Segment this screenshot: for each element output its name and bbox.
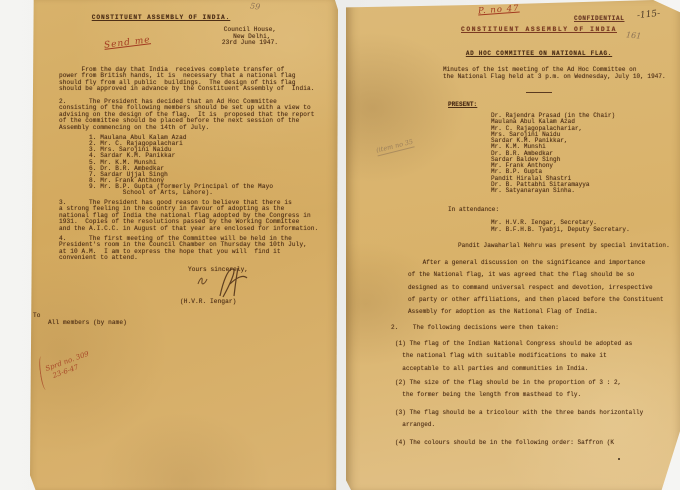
signature-flourish — [190, 266, 254, 300]
attendance-label: In attendance: — [448, 207, 499, 213]
decisions-intro: 2. The following decisions were then tak… — [391, 325, 559, 331]
committee-subtitle: AD HOC COMMITTEE ON NATIONAL FLAG. — [444, 50, 634, 57]
list-item: Mr. Satyanarayan Sinha. — [491, 188, 615, 194]
decision-item-1: (1) The flag of the Indian National Cong… — [395, 338, 632, 375]
minutes-page: P. no 47 CONFIDENTIAL -115- 161 CONSTITU… — [346, 0, 680, 490]
pencil-corner-number: 59 — [249, 1, 260, 11]
list-item: Mr. B.F.H.B. Tyabji, Deputy Secretary. — [491, 227, 630, 234]
list-item: School of Arts, Lahore). — [89, 190, 273, 196]
page-title: CONSTITUENT ASSEMBLY OF INDIA — [444, 26, 634, 33]
red-handwritten-number: P. no 47 — [478, 4, 520, 17]
page-title: CONSTITUENT ASSEMBLY OF INDIA. — [86, 14, 236, 21]
present-list: Dr. Rajendra Prasad (in the Chair)Maulan… — [491, 113, 615, 194]
addressee-block: To All members (by name) — [33, 312, 127, 326]
ink-speck — [618, 458, 620, 460]
letter-page: 59 CONSTITUENT ASSEMBLY OF INDIA. Counci… — [30, 0, 338, 490]
present-label: PRESENT: — [448, 102, 477, 108]
decision-item-4: (4) The colours should be in the followi… — [395, 437, 614, 449]
special-invitation-line: Pandit Jawaharlal Nehru was present by s… — [458, 243, 670, 249]
confidential-stamp: CONFIDENTIAL — [574, 15, 624, 22]
attendance-list: Mr. H.V.R. Iengar, Secretary.Mr. B.F.H.B… — [491, 220, 630, 233]
red-handwritten-note: Send me — [104, 35, 152, 51]
signatory-name: (H.V.R. Iengar) — [180, 299, 236, 305]
decision-item-3: (3) The flag should be a tricolour with … — [395, 407, 643, 432]
committee-member-list: 1. Maulana Abul Kalam Azad2. Mr. C. Raja… — [89, 135, 273, 197]
paragraph-2: 2. The President has decided that an Ad … — [59, 99, 314, 131]
divider-rule — [526, 92, 552, 93]
decision-item-2: (2) The size of the flag should be in th… — [395, 377, 621, 402]
paragraph-3: 3. The President has good reason to beli… — [59, 200, 318, 232]
paragraph-1: From the day that India receives complet… — [59, 67, 314, 93]
pencil-margin-note: (item no 35 — [375, 138, 414, 157]
ink-page-number: -115- — [637, 9, 661, 21]
paragraph-4: 4. The first meeting of the Committee wi… — [59, 236, 307, 262]
address-block: Council House, New Delhi, 23rd June 1947… — [208, 27, 292, 47]
red-dispatch-note: Sprd no. 309 23-6-47 — [44, 350, 93, 383]
discussion-paragraph: After a general discussion on the signif… — [408, 257, 664, 318]
minutes-heading: Minutes of the 1st meeting of the Ad Hoc… — [443, 66, 666, 80]
